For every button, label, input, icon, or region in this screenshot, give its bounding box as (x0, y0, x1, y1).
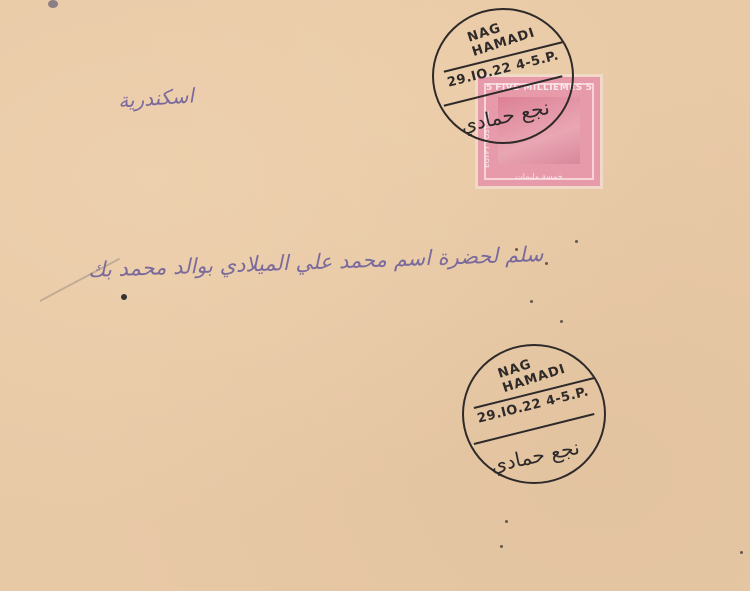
postmark-arabic-town: نجع حمادي (458, 95, 551, 137)
postmark-bottom: NAG HAMADI 29.IO.22 4-5.P. نجع حمادي (462, 344, 606, 484)
envelope-paper (0, 0, 750, 591)
ink-speck (560, 320, 563, 323)
stamp-value-tr: 5 (586, 83, 592, 93)
postmark-arabic-town: نجع حمادي (488, 435, 581, 477)
ink-speck (500, 545, 503, 548)
ink-speck (515, 248, 518, 251)
postmark-date-text: 29.IO.22 (446, 60, 513, 90)
postmark-town: NAG HAMADI (496, 346, 572, 396)
postmark-town: NAG HAMADI (466, 10, 541, 60)
postmark-date-text: 29.IO.22 (476, 396, 543, 426)
ink-dot (121, 294, 127, 300)
postmark-date: 29.IO.22 4-5.P. (476, 384, 590, 426)
ink-speck (575, 240, 578, 243)
stamp-arabic-value: خمسة مليمات (478, 172, 600, 181)
ink-speck (530, 300, 533, 303)
punch-hole (48, 0, 58, 8)
ink-speck (505, 520, 508, 523)
ink-speck (740, 551, 743, 554)
postmark-top: NAG HAMADI 29.IO.22 4-5.P. نجع حمادي (432, 8, 574, 144)
ink-speck (545, 262, 548, 265)
